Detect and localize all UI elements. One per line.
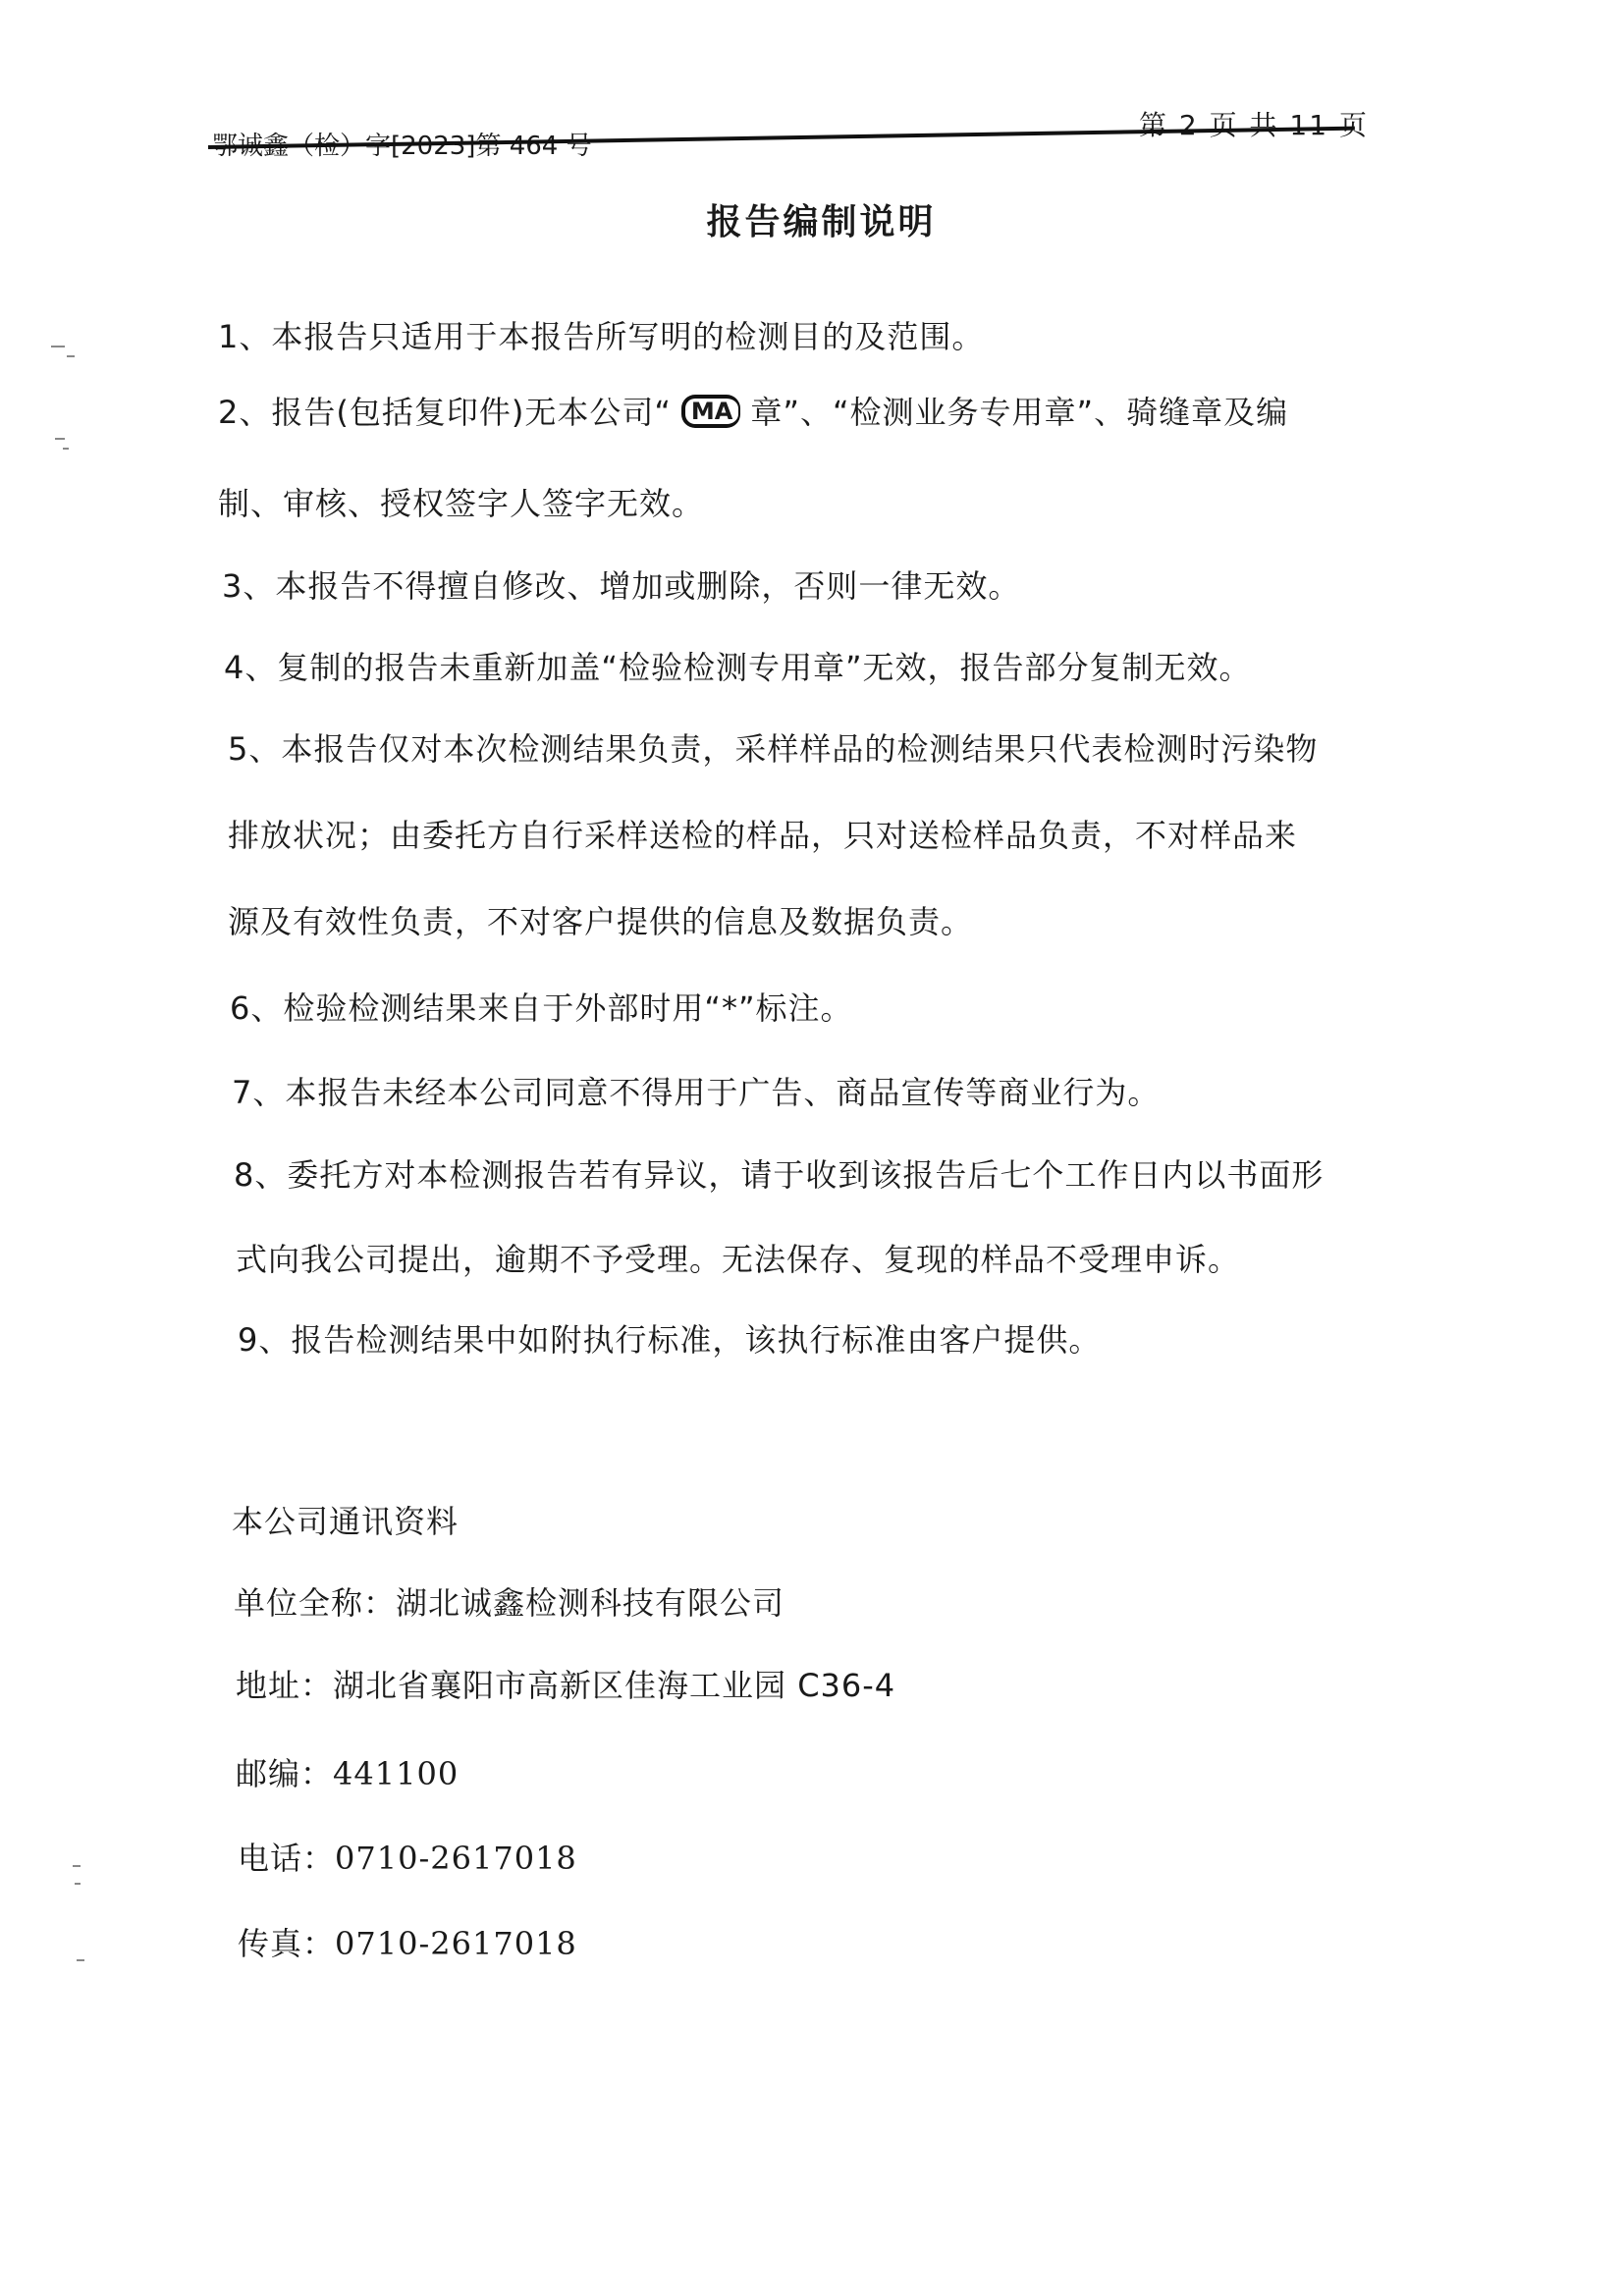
contact-company: 单位全称：湖北诚鑫检测科技有限公司	[234, 1578, 784, 1624]
clause-6: 6、检验检测结果来自于外部时用“*”标注。	[230, 984, 853, 1029]
postcode-value: 441100	[333, 1755, 459, 1792]
scan-speck	[77, 1959, 84, 1961]
cma-mark-icon: MA	[681, 395, 740, 428]
contact-postcode: 邮编：441100	[236, 1749, 459, 1794]
scan-speck	[51, 346, 65, 347]
clause-3: 3、本报告不得擅自修改、增加或删除，否则一律无效。	[222, 561, 1020, 607]
phone-value: 0710-2617018	[335, 1840, 577, 1877]
clause-8-line-1: 8、委托方对本检测报告若有异议，请于收到该报告后七个工作日内以书面形	[234, 1150, 1324, 1196]
fax-value: 0710-2617018	[335, 1925, 577, 1962]
clause-1: 1、本报告只适用于本报告所写明的检测目的及范围。	[218, 312, 984, 357]
clause-9: 9、报告检测结果中如附执行标准，该执行标准由客户提供。	[238, 1315, 1101, 1361]
address-label: 地址：	[236, 1667, 333, 1704]
scan-speck	[67, 355, 75, 357]
company-name: 湖北诚鑫检测科技有限公司	[396, 1584, 784, 1622]
clause-5-line-3: 源及有效性负责，不对客户提供的信息及数据负责。	[228, 897, 973, 942]
clause-2-line-1: 2、报告(包括复印件)无本公司“MA章”、“检测业务专用章”、骑缝章及编	[218, 388, 1288, 433]
scan-speck	[63, 448, 69, 450]
phone-label: 电话：	[238, 1840, 335, 1877]
clause-7: 7、本报告未经本公司同意不得用于广告、商品宣传等商业行为。	[232, 1068, 1160, 1113]
scan-speck	[75, 1883, 81, 1885]
address-value: 湖北省襄阳市高新区佳海工业园 C36-4	[333, 1667, 895, 1704]
scan-speck	[55, 438, 65, 440]
clause-5-line-2: 排放状况；由委托方自行采样送检的样品，只对送检样品负责，不对样品来	[228, 811, 1297, 856]
company-label: 单位全称：	[234, 1584, 396, 1622]
contact-heading: 本公司通讯资料	[232, 1497, 459, 1542]
clause-2-text-before: 2、报告(包括复印件)无本公司“	[218, 394, 672, 431]
scan-speck	[73, 1865, 81, 1867]
fax-label: 传真：	[238, 1925, 335, 1962]
contact-fax: 传真：0710-2617018	[238, 1919, 577, 1964]
clause-2-line-2: 制、审核、授权签字人签字无效。	[218, 479, 704, 524]
contact-address: 地址：湖北省襄阳市高新区佳海工业园 C36-4	[236, 1661, 895, 1706]
clause-2-text-after: 章”、“检测业务专用章”、骑缝章及编	[750, 394, 1288, 431]
clause-8-line-2: 式向我公司提出，逾期不予受理。无法保存、复现的样品不受理申诉。	[236, 1235, 1240, 1280]
contact-phone: 电话：0710-2617018	[238, 1834, 577, 1879]
page-indicator: 第 2 页 共 11 页	[1139, 104, 1369, 143]
clause-4: 4、复制的报告未重新加盖“检验检测专用章”无效，报告部分复制无效。	[224, 643, 1252, 688]
clause-5-line-1: 5、本报告仅对本次检测结果负责，采样样品的检测结果只代表检测时污染物	[228, 724, 1318, 770]
postcode-label: 邮编：	[236, 1755, 333, 1792]
page-title: 报告编制说明	[0, 194, 1623, 244]
